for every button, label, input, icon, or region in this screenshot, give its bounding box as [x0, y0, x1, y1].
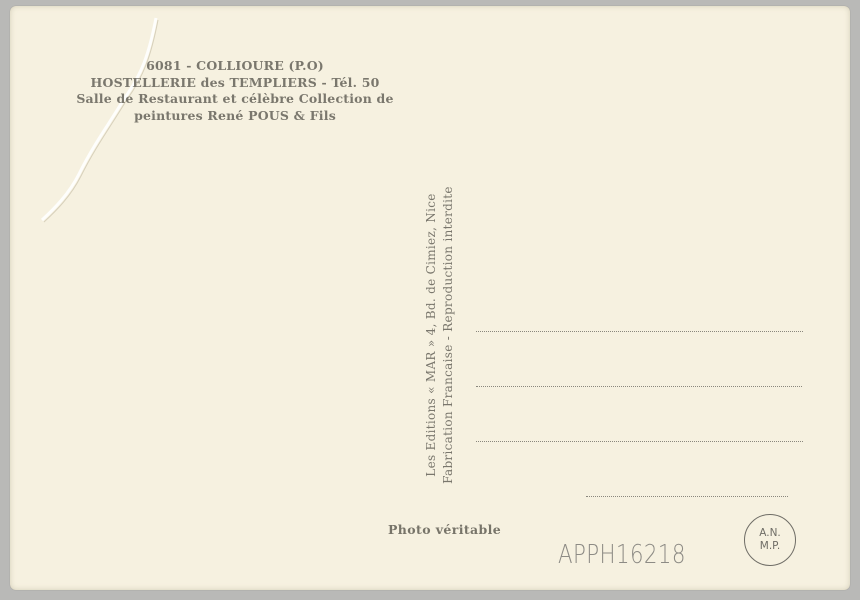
address-line-2 [476, 386, 802, 387]
archive-stamp: A.N. M.P. [744, 514, 796, 566]
publisher-line-1: Les Editions « MAR » 4, Bd. de Cimiez, N… [423, 186, 440, 484]
header-line-description: Salle de Restaurant et célèbre Collectio… [72, 91, 398, 108]
address-line-1 [476, 331, 803, 332]
address-line-3 [476, 441, 803, 442]
header-line-hotel: HOSTELLERIE des TEMPLIERS - Tél. 50 [72, 75, 398, 92]
stamp-line-2: M.P. [760, 540, 780, 553]
header-line-painters: peintures René POUS & Fils [72, 108, 398, 125]
photo-caption: Photo véritable [388, 522, 501, 537]
archive-number: APPH16218 [558, 540, 686, 570]
header-line-location: 6081 - COLLIOURE (P.O) [72, 58, 398, 75]
publisher-line-2: Fabrication Francaise - Reproduction int… [440, 186, 457, 484]
stamp-line-1: A.N. [759, 527, 781, 540]
card-header-text: 6081 - COLLIOURE (P.O) HOSTELLERIE des T… [72, 58, 398, 124]
address-line-4 [586, 496, 788, 497]
publisher-info: Les Editions « MAR » 4, Bd. de Cimiez, N… [423, 186, 457, 484]
